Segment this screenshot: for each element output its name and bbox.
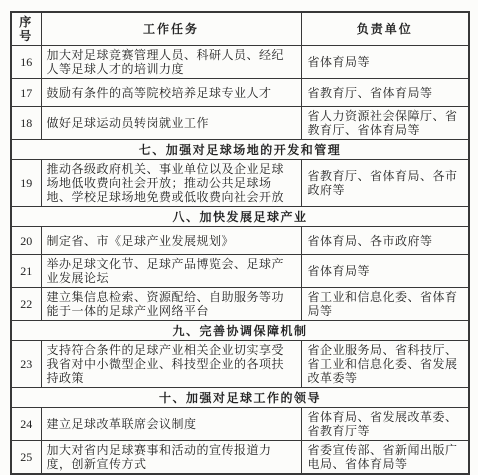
work-task-cell: 鼓励有条件的高等院校培养足球专业人才 [41,79,301,107]
task-row: 24建立足球改革联席会议制度省体育局、省发展改革委、省教育厅等 [11,408,469,441]
header-responsible-unit: 负责单位 [301,12,469,46]
football-work-tasks-table: 序号 工作任务 负责单位 16加大对足球竞赛管理人员、科研人员、经纪人等足球人才… [10,11,470,472]
responsible-unit-cell: 省企业服务局、省科技厅、省工业和信息化委、省发展改革委等 [301,341,469,388]
task-row: 21举办足球文化节、足球产品博览会、足球产业发展论坛省体育局等 [11,255,469,288]
work-task-cell: 做好足球运动员转岗就业工作 [41,107,301,140]
table-body: 16加大对足球竞赛管理人员、科研人员、经纪人等足球人才的培训力度省体育局等17鼓… [11,46,469,473]
work-task-cell: 加大对省内足球赛事和活动的宣传报道力度，创新宣传方式 [41,441,301,473]
task-row: 23支持符合条件的足球产业相关企业切实享受我省对中小微型企业、科技型企业的各项扶… [11,341,469,388]
section-title: 十、加强对足球工作的领导 [11,388,469,408]
work-task-cell: 建立集信息检索、资源配给、自助服务等功能于一体的足球产业网络平台 [41,288,301,321]
scanned-document-page: 序号 工作任务 负责单位 16加大对足球竞赛管理人员、科研人员、经纪人等足球人才… [0,0,478,472]
work-task-cell: 推动各级政府机关、事业单位以及企业足球场地低收费向社会开放；推动公共足球场地、学… [41,160,301,207]
section-title: 七、加强对足球场地的开发和管理 [11,140,469,160]
responsible-unit-cell: 省工业和信息化委、省体育局等 [301,288,469,321]
responsible-unit-cell: 省教育厅、省体育局等 [301,79,469,107]
responsible-unit-cell: 省体育局等 [301,46,469,79]
task-row: 16加大对足球竞赛管理人员、科研人员、经纪人等足球人才的培训力度省体育局等 [11,46,469,79]
responsible-unit-cell: 省体育局、各市政府等 [301,227,469,255]
responsible-unit-cell: 省人力资源社会保障厅、省教育厅、省体育局等 [301,107,469,140]
table-header: 序号 工作任务 负责单位 [11,12,469,46]
section-row: 八、加快发展足球产业 [11,207,469,227]
task-row: 18做好足球运动员转岗就业工作省人力资源社会保障厅、省教育厅、省体育局等 [11,107,469,140]
section-title: 九、完善协调保障机制 [11,321,469,341]
task-row: 22建立集信息检索、资源配给、自助服务等功能于一体的足球产业网络平台省工业和信息… [11,288,469,321]
work-task-cell: 支持符合条件的足球产业相关企业切实享受我省对中小微型企业、科技型企业的各项扶持政… [41,341,301,388]
task-row: 19推动各级政府机关、事业单位以及企业足球场地低收费向社会开放；推动公共足球场地… [11,160,469,207]
serial-number-cell: 17 [11,79,41,107]
section-row: 九、完善协调保障机制 [11,321,469,341]
section-row: 七、加强对足球场地的开发和管理 [11,140,469,160]
header-serial-number: 序号 [11,12,41,46]
work-task-cell: 加大对足球竞赛管理人员、科研人员、经纪人等足球人才的培训力度 [41,46,301,79]
work-task-cell: 举办足球文化节、足球产品博览会、足球产业发展论坛 [41,255,301,288]
serial-number-cell: 22 [11,288,41,321]
serial-number-cell: 23 [11,341,41,388]
serial-number-cell: 20 [11,227,41,255]
task-row: 25加大对省内足球赛事和活动的宣传报道力度，创新宣传方式省委宣传部、省新闻出版广… [11,441,469,473]
responsible-unit-cell: 省教育厅、省体育局、各市政府等 [301,160,469,207]
section-row: 十、加强对足球工作的领导 [11,388,469,408]
serial-number-cell: 16 [11,46,41,79]
responsible-unit-cell: 省体育局、省发展改革委、省教育厅等 [301,408,469,441]
serial-number-cell: 19 [11,160,41,207]
responsible-unit-cell: 省委宣传部、省新闻出版广电局、省体育局等 [301,441,469,473]
serial-number-cell: 21 [11,255,41,288]
section-title: 八、加快发展足球产业 [11,207,469,227]
responsible-unit-cell: 省体育局等 [301,255,469,288]
serial-number-cell: 25 [11,441,41,473]
task-row: 20制定省、市《足球产业发展规划》省体育局、各市政府等 [11,227,469,255]
work-task-cell: 制定省、市《足球产业发展规划》 [41,227,301,255]
work-task-cell: 建立足球改革联席会议制度 [41,408,301,441]
serial-number-cell: 18 [11,107,41,140]
task-row: 17鼓励有条件的高等院校培养足球专业人才省教育厅、省体育局等 [11,79,469,107]
header-row: 序号 工作任务 负责单位 [11,12,469,46]
serial-number-cell: 24 [11,408,41,441]
header-work-task: 工作任务 [41,12,301,46]
